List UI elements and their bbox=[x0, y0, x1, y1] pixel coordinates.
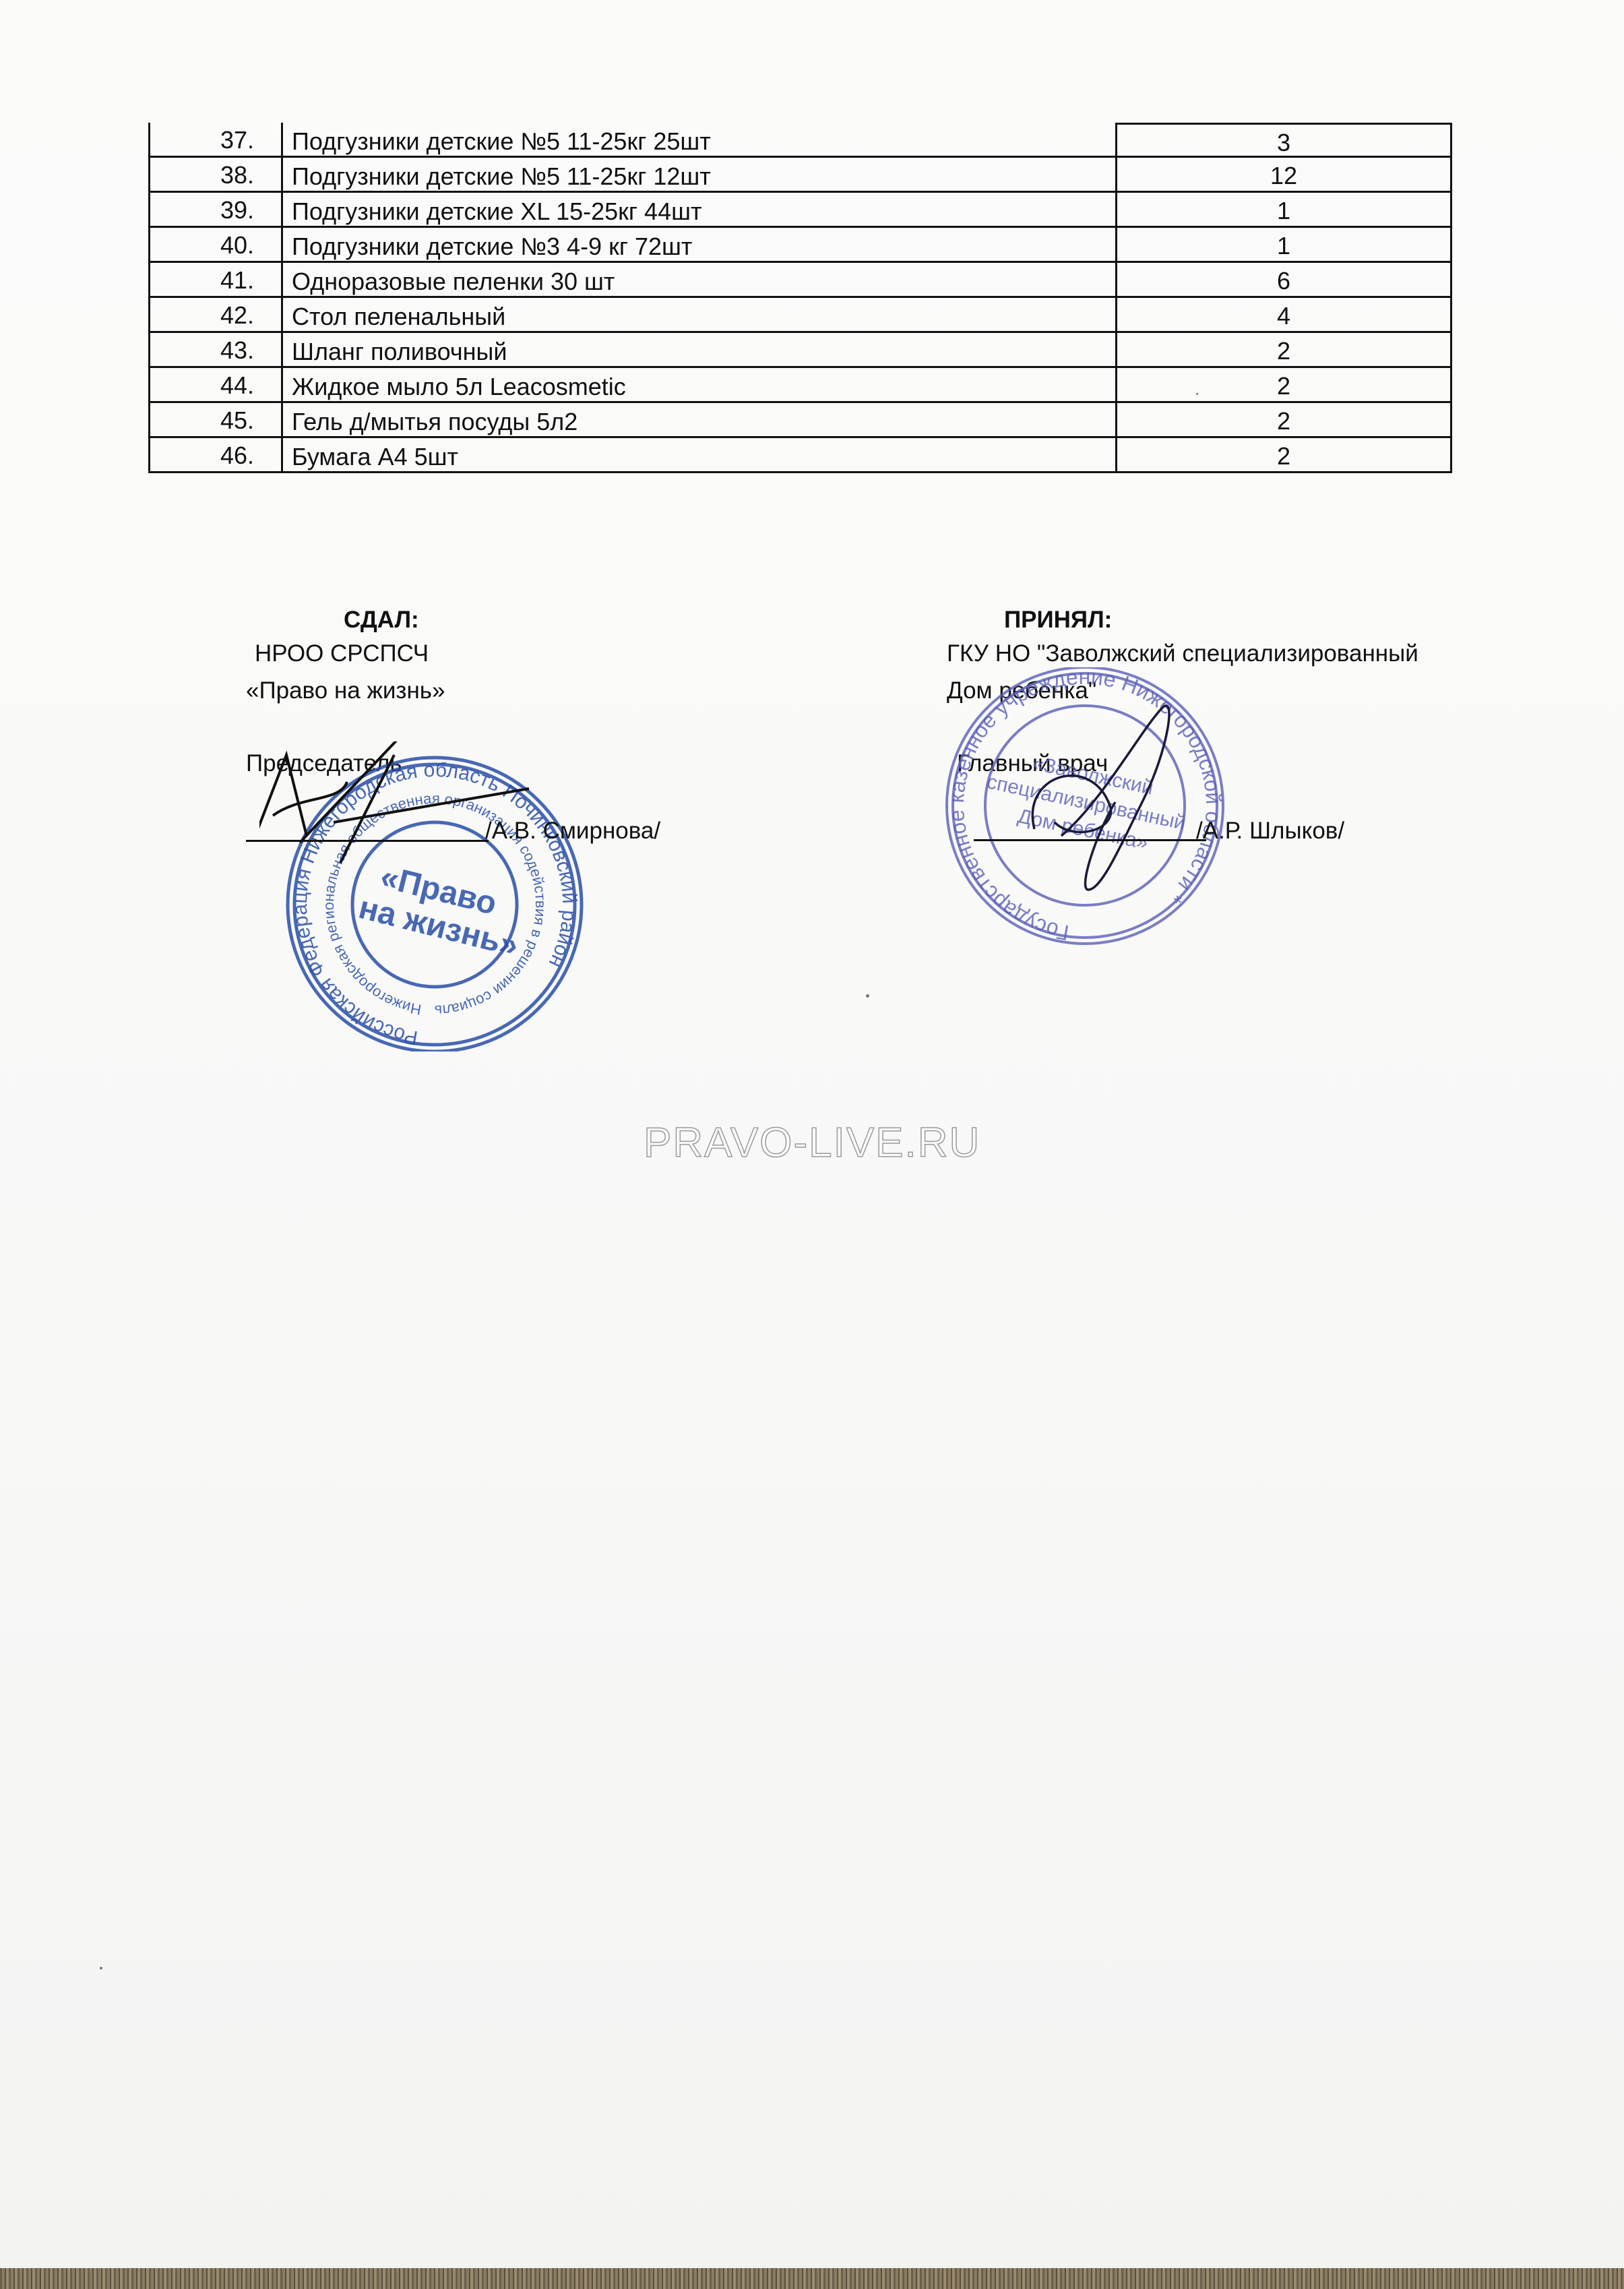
item-quantity: 12 bbox=[1115, 158, 1452, 193]
giver-name: /А.В. Смирнова/ bbox=[485, 814, 660, 848]
item-quantity: 2 bbox=[1115, 368, 1452, 403]
item-number: 37. bbox=[148, 123, 283, 158]
item-number: 42. bbox=[148, 298, 283, 333]
item-number: 38. bbox=[148, 158, 283, 193]
item-quantity: 3 bbox=[1115, 123, 1452, 158]
item-quantity: 1 bbox=[1115, 228, 1452, 263]
item-number: 45. bbox=[148, 403, 283, 438]
giver-stamp: Российская Федерация Нижегородская облас… bbox=[259, 741, 610, 1051]
item-quantity: 4 bbox=[1115, 298, 1452, 333]
item-number: 39. bbox=[148, 193, 283, 228]
receiver-name: /А.Р. Шлыков/ bbox=[1196, 814, 1344, 848]
item-number: 44. bbox=[148, 368, 283, 403]
paper-speck bbox=[866, 994, 869, 998]
giver-signature-line bbox=[246, 840, 489, 842]
item-quantity: 2 bbox=[1115, 438, 1452, 473]
receiver-stamp: Государственное казенное учреждение Ниже… bbox=[940, 667, 1237, 950]
paper-speck bbox=[100, 1967, 102, 1970]
item-quantity: 1 bbox=[1115, 193, 1452, 228]
background-surface bbox=[0, 2268, 1624, 2289]
receiver-org-line1: ГКУ НО "Заволжский специализированный bbox=[947, 637, 1418, 671]
item-number: 43. bbox=[148, 333, 283, 368]
watermark: PRAVO-LIVE.RU bbox=[644, 1119, 980, 1167]
item-number: 40. bbox=[148, 228, 283, 263]
item-quantity: 2 bbox=[1115, 403, 1452, 438]
giver-org-line1: НРОО СРСПСЧ bbox=[255, 637, 429, 671]
giver-org-line2: «Право на жизнь» bbox=[246, 674, 445, 708]
giver-header-text: СДАЛ: bbox=[344, 607, 419, 633]
paper-speck bbox=[1196, 393, 1198, 395]
item-number: 46. bbox=[148, 438, 283, 473]
item-number: 41. bbox=[148, 263, 283, 298]
receiver-header-text: ПРИНЯЛ: bbox=[1004, 607, 1112, 633]
item-quantity: 2 bbox=[1115, 333, 1452, 368]
giver-header: СДАЛ: bbox=[344, 603, 419, 637]
document-page: 37.Подгузники детские №5 11-25кг 25шт338… bbox=[0, 0, 1624, 2268]
receiver-header: ПРИНЯЛ: bbox=[1004, 603, 1112, 637]
receiver-signature-line bbox=[974, 839, 1206, 841]
item-quantity: 6 bbox=[1115, 263, 1452, 298]
